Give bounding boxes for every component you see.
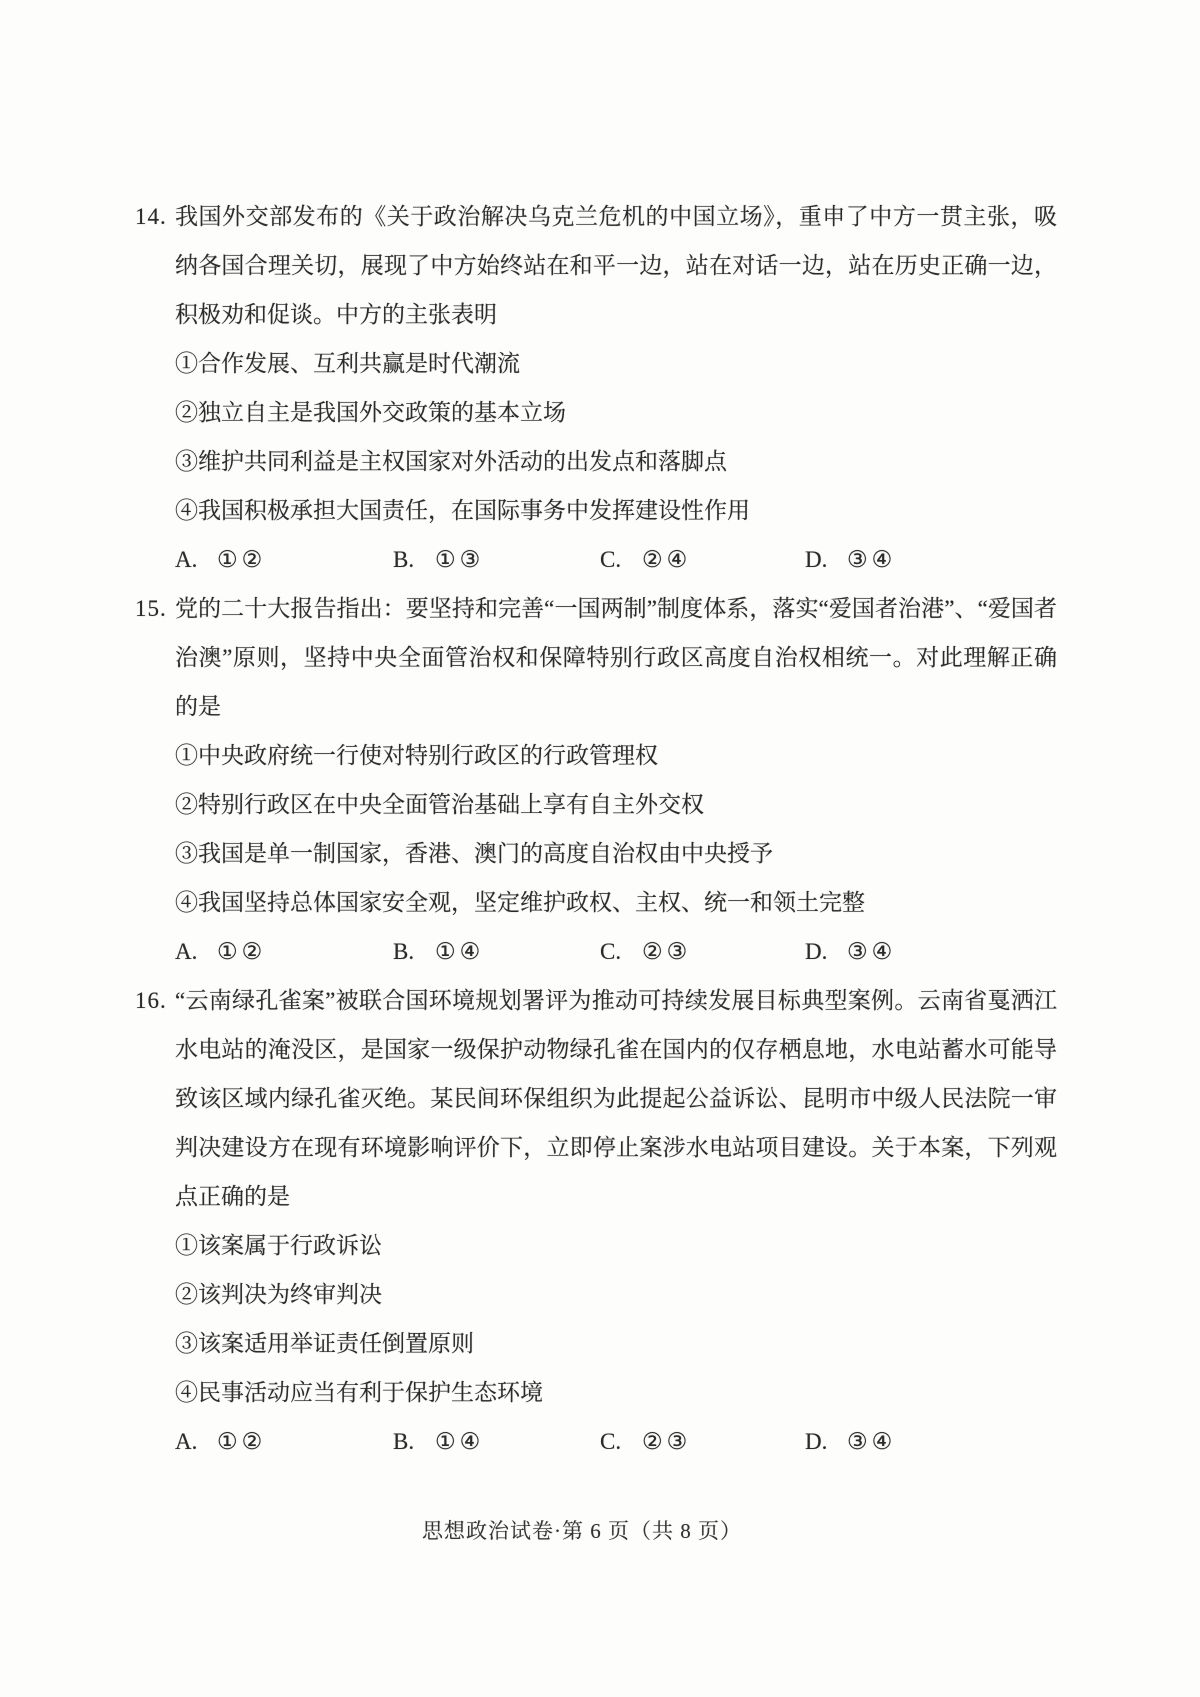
question-16-option-4: ④民事活动应当有利于保护生态环境 xyxy=(175,1368,1057,1417)
choice-value: ①② xyxy=(217,535,266,584)
choice-value: ①④ xyxy=(435,927,484,976)
questions-area: 14.我国外交部发布的《关于政治解决乌克兰危机的中国立场》，重申了中方一贯主张，… xyxy=(175,192,1057,1466)
choice-label: B. xyxy=(393,927,425,976)
question-16-stem: 16.“云南绿孔雀案”被联合国环境规划署评为推动可持续发展目标典型案例。云南省戛… xyxy=(175,976,1057,1221)
question-16-choice-c: C.②③ xyxy=(600,1417,805,1466)
choice-label: C. xyxy=(600,535,632,584)
question-15-choice-b: B.①④ xyxy=(393,927,600,976)
question-16-choice-d: D.③④ xyxy=(805,1417,1057,1466)
choice-label: A. xyxy=(175,1417,207,1466)
choice-label: C. xyxy=(600,1417,632,1466)
question-15-option-4: ④我国坚持总体国家安全观，坚定维护政权、主权、统一和领土完整 xyxy=(175,878,1057,927)
question-16-choice-b: B.①④ xyxy=(393,1417,600,1466)
exam-paper-page: 14.我国外交部发布的《关于政治解决乌克兰危机的中国立场》，重申了中方一贯主张，… xyxy=(0,0,1200,1697)
question-14-option-4: ④我国积极承担大国责任，在国际事务中发挥建设性作用 xyxy=(175,486,1057,535)
question-16-option-2: ②该判决为终审判决 xyxy=(175,1270,1057,1319)
page-footer: 思想政治试卷·第 6 页（共 8 页） xyxy=(0,1516,1200,1546)
question-16-number: 16. xyxy=(135,976,167,1025)
choice-label: B. xyxy=(393,1417,425,1466)
choice-value: ③④ xyxy=(847,927,896,976)
question-14-choice-d: D.③④ xyxy=(805,535,1057,584)
question-16-option-1: ①该案属于行政诉讼 xyxy=(175,1221,1057,1270)
choice-value: ②③ xyxy=(642,1417,691,1466)
question-14-stem: 14.我国外交部发布的《关于政治解决乌克兰危机的中国立场》，重申了中方一贯主张，… xyxy=(175,192,1057,339)
question-14-choice-a: A.①② xyxy=(175,535,393,584)
choice-label: A. xyxy=(175,927,207,976)
question-15-choice-a: A.①② xyxy=(175,927,393,976)
choice-value: ①④ xyxy=(435,1417,484,1466)
choice-label: A. xyxy=(175,535,207,584)
choice-label: D. xyxy=(805,927,837,976)
choice-value: ①② xyxy=(217,927,266,976)
choice-label: D. xyxy=(805,535,837,584)
question-14-choices-row: A.①② B.①③ C.②④ D.③④ xyxy=(175,535,1057,584)
question-16-choice-a: A.①② xyxy=(175,1417,393,1466)
question-15: 15.党的二十大报告指出：要坚持和完善“一国两制”制度体系，落实“爱国者治港”、… xyxy=(175,584,1057,976)
choice-value: ③④ xyxy=(847,1417,896,1466)
question-14-option-2: ②独立自主是我国外交政策的基本立场 xyxy=(175,388,1057,437)
question-14-choice-c: C.②④ xyxy=(600,535,805,584)
choice-value: ③④ xyxy=(847,535,896,584)
choice-value: ①② xyxy=(217,1417,266,1466)
choice-value: ①③ xyxy=(435,535,484,584)
question-15-stem-text: 党的二十大报告指出：要坚持和完善“一国两制”制度体系，落实“爱国者治港”、“爱国… xyxy=(175,596,1057,719)
question-14-number: 14. xyxy=(135,192,167,241)
question-14: 14.我国外交部发布的《关于政治解决乌克兰危机的中国立场》，重申了中方一贯主张，… xyxy=(175,192,1057,584)
page-footer-text: 思想政治试卷·第 6 页（共 8 页） xyxy=(422,1516,742,1546)
choice-label: B. xyxy=(393,535,425,584)
question-15-choice-d: D.③④ xyxy=(805,927,1057,976)
choice-label: C. xyxy=(600,927,632,976)
question-15-choices-row: A.①② B.①④ C.②③ D.③④ xyxy=(175,927,1057,976)
choice-value: ②④ xyxy=(642,535,691,584)
question-14-stem-text: 我国外交部发布的《关于政治解决乌克兰危机的中国立场》，重申了中方一贯主张，吸纳各… xyxy=(175,204,1057,327)
question-16-option-3: ③该案适用举证责任倒置原则 xyxy=(175,1319,1057,1368)
question-15-number: 15. xyxy=(135,584,167,633)
question-16-stem-text: “云南绿孔雀案”被联合国环境规划署评为推动可持续发展目标典型案例。云南省戛洒江水… xyxy=(175,988,1057,1209)
question-14-option-1: ①合作发展、互利共赢是时代潮流 xyxy=(175,339,1057,388)
question-16-choices-row: A.①② B.①④ C.②③ D.③④ xyxy=(175,1417,1057,1466)
question-15-option-2: ②特别行政区在中央全面管治基础上享有自主外交权 xyxy=(175,780,1057,829)
question-15-option-1: ①中央政府统一行使对特别行政区的行政管理权 xyxy=(175,731,1057,780)
question-15-stem: 15.党的二十大报告指出：要坚持和完善“一国两制”制度体系，落实“爱国者治港”、… xyxy=(175,584,1057,731)
question-14-option-3: ③维护共同利益是主权国家对外活动的出发点和落脚点 xyxy=(175,437,1057,486)
question-15-option-3: ③我国是单一制国家，香港、澳门的高度自治权由中央授予 xyxy=(175,829,1057,878)
question-16: 16.“云南绿孔雀案”被联合国环境规划署评为推动可持续发展目标典型案例。云南省戛… xyxy=(175,976,1057,1466)
choice-label: D. xyxy=(805,1417,837,1466)
question-14-choice-b: B.①③ xyxy=(393,535,600,584)
choice-value: ②③ xyxy=(642,927,691,976)
question-15-choice-c: C.②③ xyxy=(600,927,805,976)
